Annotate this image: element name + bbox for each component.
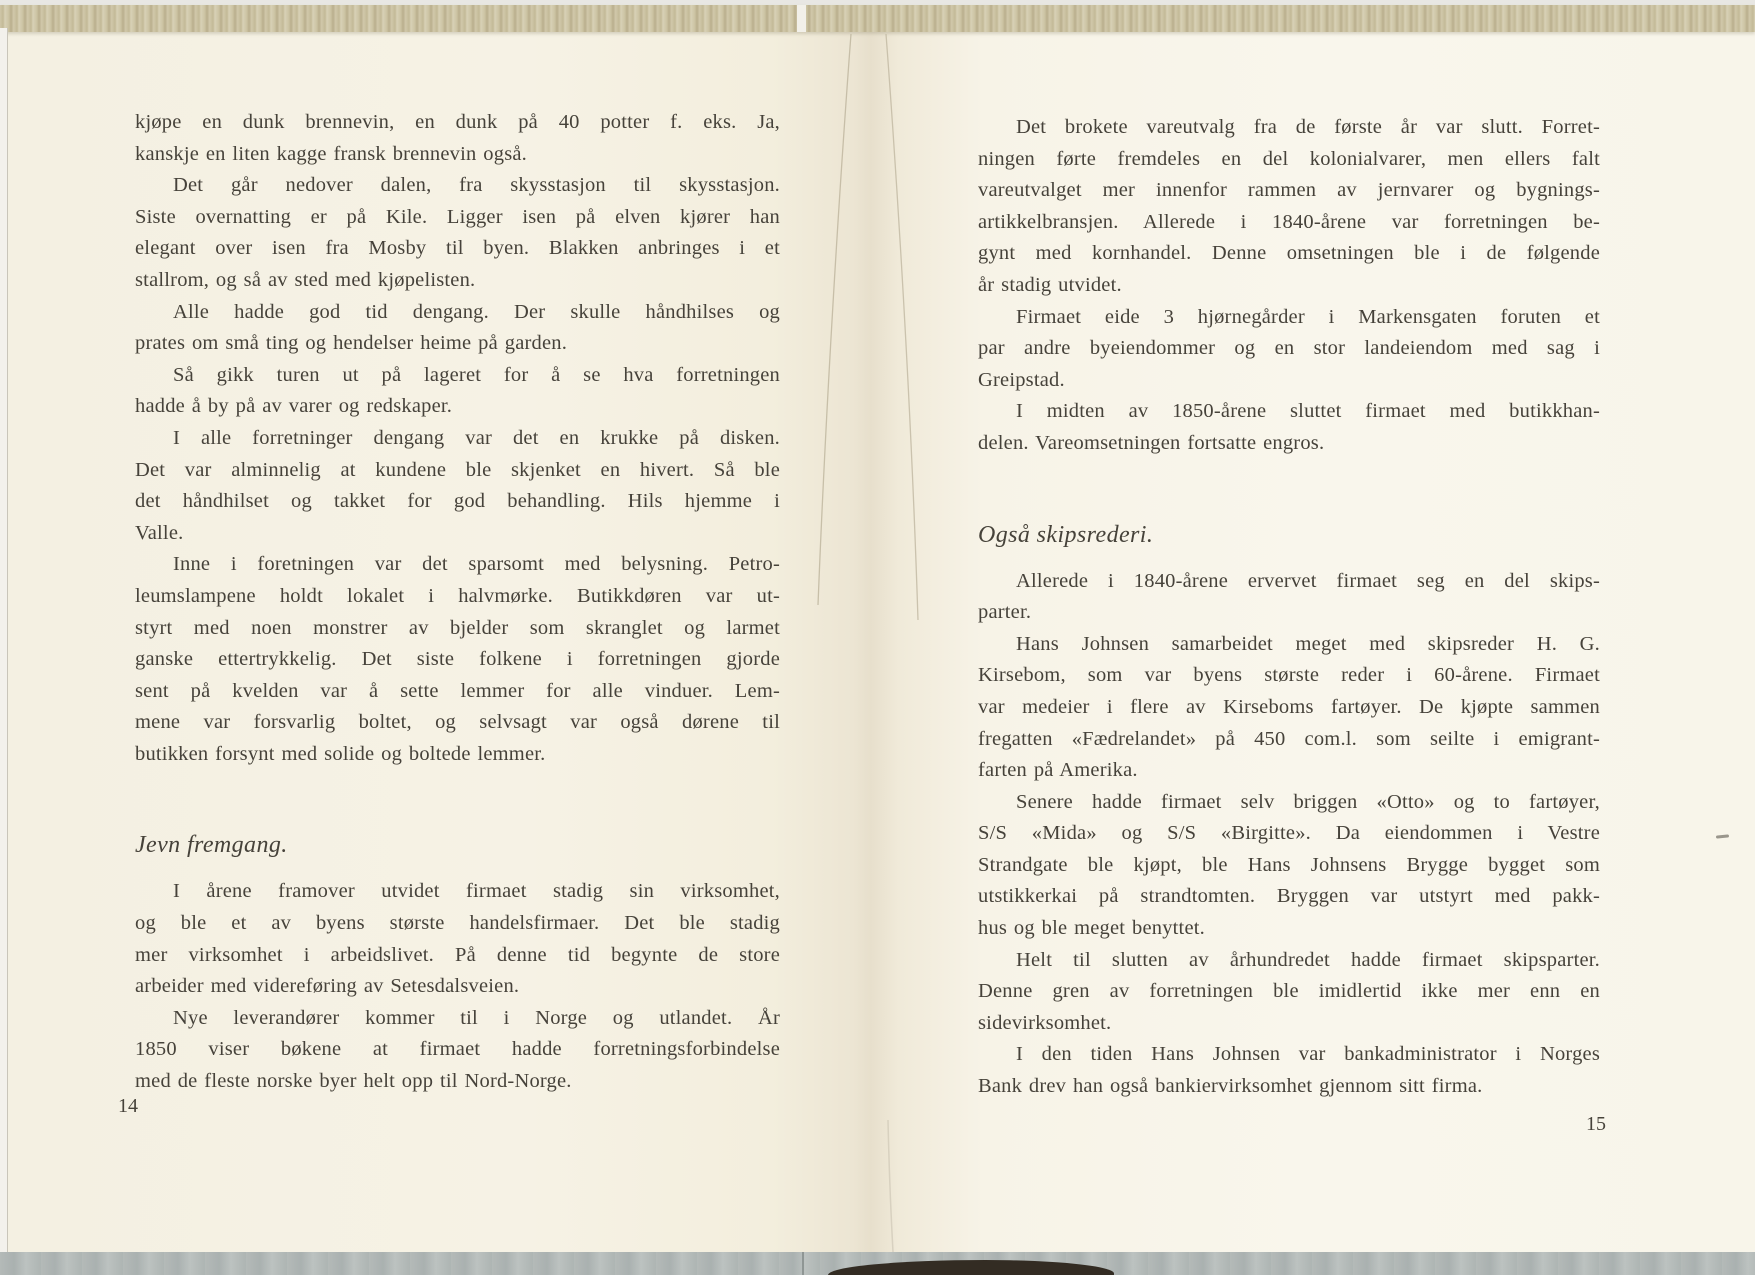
text-line: Allerede i 1840-årene ervervet firmaet s… [978,566,1600,598]
text-line: Greipstad. [978,365,1600,397]
paragraph: Nye leverandører kommer til i Norge og u… [135,1003,780,1098]
paragraph: Allerede i 1840-årene ervervet firmaet s… [978,566,1600,629]
text-line: stallrom, og så av sted med kjøpelisten. [135,265,780,297]
left-page-edge [0,28,8,1255]
text-line: par andre byeiendommer og en stor landei… [978,333,1600,365]
paragraph: Inne i foretningen var det sparsomt med … [135,549,780,770]
text-line: kjøpe en dunk brennevin, en dunk på 40 p… [135,107,780,139]
paragraph: Helt til slutten av århundredet hadde fi… [978,945,1600,1040]
paragraph: Hans Johnsen samarbeidet meget med skips… [978,629,1600,787]
paragraph: Så gikk turen ut på lageret for å se hva… [135,360,780,423]
text-line: parter. [978,597,1600,629]
text-line: Bank drev han også bankiervirksomhet gje… [978,1071,1600,1103]
text-line: Denne gren av forretningen ble imidlerti… [978,976,1600,1008]
text-line: og ble et av byens største handelsfirmae… [135,908,780,940]
paragraph: I alle forretninger dengang var det en k… [135,423,780,549]
text-line: utstikkerkai på strandtomten. Bryggen va… [978,881,1600,913]
text-line: ganske ettertrykkelig. Det siste folkene… [135,644,780,676]
text-line: butikken forsynt med solide og boltede l… [135,739,780,771]
text-line: var medeier i flere av Kirseboms fartøye… [978,692,1600,724]
paragraph: Alle hadde god tid dengang. Der skulle h… [135,297,780,360]
text-line: Inne i foretningen var det sparsomt med … [135,549,780,581]
text-line: Strandgate ble kjøpt, ble Hans Johnsens … [978,850,1600,882]
text-line: elegant over isen fra Mosby til byen. Bl… [135,233,780,265]
page-number-left: 14 [118,1095,138,1118]
text-line: I midten av 1850-årene sluttet firmaet m… [978,396,1600,428]
paragraph: Firmaet eide 3 hjørnegårder i Markensgat… [978,302,1600,397]
text-line: sent på kvelden var å sette lemmer for a… [135,676,780,708]
text-line: arbeider med videreføring av Setesdalsve… [135,971,780,1003]
text-line: artikkelbransjen. Allerede i 1840-årene … [978,207,1600,239]
text-line: I den tiden Hans Johnsen var bankadminis… [978,1039,1600,1071]
paragraph: Det går nedover dalen, fra skysstasjon t… [135,170,780,296]
text-line: Firmaet eide 3 hjørnegårder i Markensgat… [978,302,1600,334]
text-line: kanskje en liten kagge fransk brennevin … [135,139,780,171]
text-line: Helt til slutten av århundredet hadde fi… [978,945,1600,977]
text-line: år stadig utvidet. [978,270,1600,302]
page-number-right: 15 [1586,1113,1606,1136]
text-line: Det var alminnelig at kundene ble skjenk… [135,455,780,487]
top-edge-gap [797,5,806,32]
table-crease-line [802,1252,804,1275]
text-line: Det brokete vareutvalg fra de første år … [978,112,1600,144]
text-line: Senere hadde firmaet selv briggen «Otto»… [978,787,1600,819]
text-line: det håndhilset og takket for god behandl… [135,486,780,518]
right-page: Det brokete vareutvalg fra de første år … [978,112,1600,1103]
text-line: styrt med noen monstrer av bjelder som s… [135,613,780,645]
text-line: gynt med kornhandel. Denne omsetningen b… [978,238,1600,270]
paragraph: I årene framover utvidet firmaet stadig … [135,876,780,1002]
text-line: prates om små ting og hendelser heime på… [135,328,780,360]
text-line: farten på Amerika. [978,755,1600,787]
paragraph: I midten av 1850-årene sluttet firmaet m… [978,396,1600,459]
paragraph: Det brokete vareutvalg fra de første år … [978,112,1600,302]
paragraph: I den tiden Hans Johnsen var bankadminis… [978,1039,1600,1102]
text-line: Så gikk turen ut på lageret for å se hva… [135,360,780,392]
text-line: Hans Johnsen samarbeidet meget med skips… [978,629,1600,661]
text-line: Det går nedover dalen, fra skysstasjon t… [135,170,780,202]
text-line: fregatten «Fædrelandet» på 450 com.l. so… [978,724,1600,756]
paragraph: Senere hadde firmaet selv briggen «Otto»… [978,787,1600,945]
text-line: I alle forretninger dengang var det en k… [135,423,780,455]
text-line: Kirsebom, som var byens største reder i … [978,660,1600,692]
text-line: med de fleste norske byer helt opp til N… [135,1066,780,1098]
text-line: ningen førte fremdeles en del kolonialva… [978,144,1600,176]
text-line: S/S «Mida» og S/S «Birgitte». Da eiendom… [978,818,1600,850]
text-line: Siste overnatting er på Kile. Ligger ise… [135,202,780,234]
text-line: Valle. [135,518,780,550]
text-line: hus og ble meget benyttet. [978,913,1600,945]
text-line: I årene framover utvidet firmaet stadig … [135,876,780,908]
text-line: Alle hadde god tid dengang. Der skulle h… [135,297,780,329]
section-heading: Også skipsrederi. [978,517,1600,553]
text-line: Nye leverandører kommer til i Norge og u… [135,1003,780,1035]
text-line: delen. Vareomsetningen fortsatte engros. [978,428,1600,460]
text-line: 1850 viser bøkene at firmaet hadde forre… [135,1034,780,1066]
paragraph: kjøpe en dunk brennevin, en dunk på 40 p… [135,107,780,170]
section-heading: Jevn fremgang. [135,827,780,863]
book-spread-scan: kjøpe en dunk brennevin, en dunk på 40 p… [0,0,1755,1275]
left-page: kjøpe en dunk brennevin, en dunk på 40 p… [135,107,780,1098]
text-line: leumslampene holdt lokalet i halvmørke. … [135,581,780,613]
text-line: mer virksomhet i arbeidslivet. På denne … [135,940,780,972]
text-line: vareutvalget mer innenfor rammen av jern… [978,175,1600,207]
text-line: sidevirksomhet. [978,1008,1600,1040]
text-line: mene var forsvarlig boltet, og selvsagt … [135,707,780,739]
text-line: hadde å by på av varer og redskaper. [135,391,780,423]
book-top-page-edges [0,5,1755,32]
